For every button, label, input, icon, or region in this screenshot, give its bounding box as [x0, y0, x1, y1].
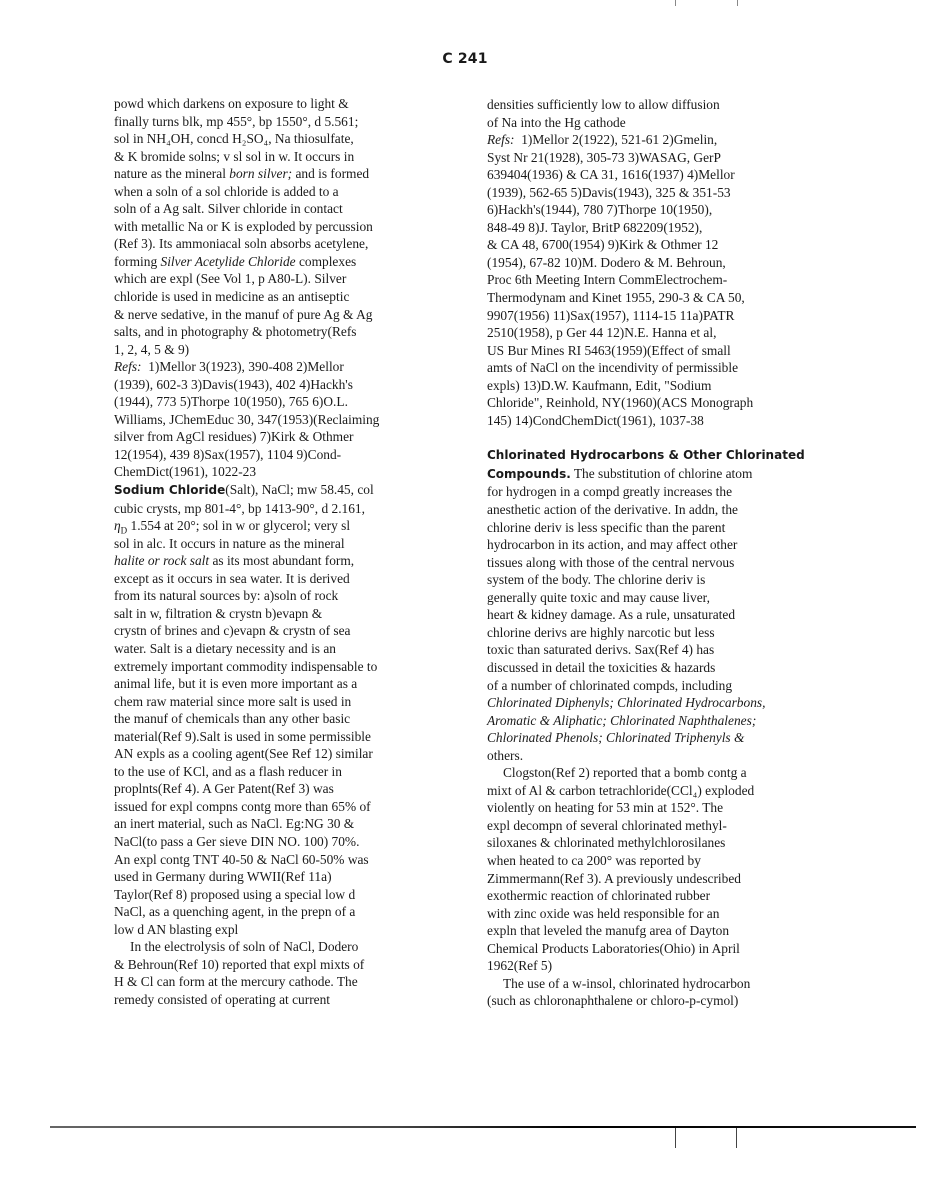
text-line: Chemical Products Laboratories(Ohio) in …: [487, 940, 862, 958]
text-line: discussed in detail the toxicities & haz…: [487, 659, 862, 677]
scan-mark: [675, 1128, 676, 1148]
right-column: densities sufficiently low to allow diff…: [487, 96, 862, 1010]
text-line: sol in alc. It occurs in nature as the m…: [114, 535, 489, 553]
text-line: (such as chloronaphthalene or chloro-p-c…: [487, 992, 862, 1010]
refs-line: Proc 6th Meeting Intern CommElectrochem-: [487, 271, 862, 289]
text-fragment: 1.554 at 20°; sol in w or glycerol; very…: [131, 518, 351, 533]
text-line: material(Ref 9).Salt is used in some per…: [114, 728, 489, 746]
refs-line: & CA 48, 6700(1954) 9)Kirk & Othmer 12: [487, 236, 862, 254]
text-line: NaCl(to pass a Ger sieve DIN NO. 100) 70…: [114, 833, 489, 851]
refs-line: (1944), 773 5)Thorpe 10(1950), 765 6)O.L…: [114, 393, 489, 411]
italic-line: Chlorinated Diphenyls; Chlorinated Hydro…: [487, 694, 862, 712]
text-line: chlorine derivs are highly narcotic but …: [487, 624, 862, 642]
text-line: chem raw material since more salt is use…: [114, 693, 489, 711]
entry-heading-sodium-chloride: Sodium Chloride: [114, 483, 225, 497]
text-line: In the electrolysis of soln of NaCl, Dod…: [114, 938, 489, 956]
text-line: heart & kidney damage. As a rule, unsatu…: [487, 606, 862, 624]
scan-mark: [736, 1128, 737, 1148]
text-line: siloxanes & chlorinated methylchlorosila…: [487, 834, 862, 852]
text-line: which are expl (See Vol 1, p A80-L). Sil…: [114, 270, 489, 288]
text-fragment: forming: [114, 254, 161, 269]
text-line: NaCl, as a quenching agent, in the prepn…: [114, 903, 489, 921]
text-fragment: as its most abundant form,: [212, 553, 354, 568]
text-line: of Na into the Hg cathode: [487, 114, 862, 132]
text-line: anesthetic action of the derivative. In …: [487, 501, 862, 519]
text-line: 1, 2, 4, 5 & 9): [114, 341, 489, 359]
text-line: violently on heating for 53 min at 152°.…: [487, 799, 862, 817]
entry-heading-chlorinated: Chlorinated Hydrocarbons & Other Chlorin…: [487, 448, 805, 462]
text-line: water. Salt is a dietary necessity and i…: [114, 640, 489, 658]
refs-line: (1954), 67-82 10)M. Dodero & M. Behroun,: [487, 254, 862, 272]
text-line: (Ref 3). Its ammoniacal soln absorbs ace…: [114, 235, 489, 253]
italic-term: born silver;: [229, 166, 292, 181]
text-line: tissues along with those of the central …: [487, 554, 862, 572]
refs-line: (1939), 562-65 5)Davis(1943), 325 & 351-…: [487, 184, 862, 202]
text-fragment: complexes: [296, 254, 357, 269]
scan-mark: [675, 0, 676, 6]
refs-label: Refs:: [114, 359, 142, 374]
text-line: densities sufficiently low to allow diff…: [487, 96, 862, 114]
entry-heading-line: Sodium Chloride(Salt), NaCl; mw 58.45, c…: [114, 481, 489, 500]
text-line: generally quite toxic and may cause live…: [487, 589, 862, 607]
text-line: Taylor(Ref 8) proposed using a special l…: [114, 886, 489, 904]
text-line: of a number of chlorinated compds, inclu…: [487, 677, 862, 695]
entry-heading-suffix: (Salt), NaCl; mw 58.45, col: [225, 482, 373, 497]
refs-line: amts of NaCl on the incendivity of permi…: [487, 359, 862, 377]
refs-line: 848-49 8)J. Taylor, BritP 682209(1952),: [487, 219, 862, 237]
text-line: expln that leveled the manufg area of Da…: [487, 922, 862, 940]
refs-line: silver from AgCl residues) 7)Kirk & Othm…: [114, 428, 489, 446]
text-line: the manuf of chemicals than any other ba…: [114, 710, 489, 728]
refs-line: 6)Hackh's(1944), 780 7)Thorpe 10(1950),: [487, 201, 862, 219]
refs-line: Refs: 1)Mellor 3(1923), 390-408 2)Mellor: [114, 358, 489, 376]
page-bottom-rule: [50, 1126, 916, 1128]
text-line: H & Cl can form at the mercury cathode. …: [114, 973, 489, 991]
ref-text: 1)Mellor 3(1923), 390-408 2)Mellor: [148, 359, 344, 374]
refs-line: Williams, JChemEduc 30, 347(1953)(Reclai…: [114, 411, 489, 429]
text-line: An expl contg TNT 40-50 & NaCl 60-50% wa…: [114, 851, 489, 869]
text-line: sol in NH₄OH, concd H₂SO₄, Na thiosulfat…: [114, 130, 489, 148]
text-line: & nerve sedative, in the manuf of pure A…: [114, 306, 489, 324]
text-line: cubic crysts, mp 801-4°, bp 1413-90°, d …: [114, 500, 489, 518]
text-line: toxic than saturated derivs. Sax(Ref 4) …: [487, 641, 862, 659]
text-line: 1962(Ref 5): [487, 957, 862, 975]
entry-heading-compounds: Compounds.: [487, 467, 571, 481]
text-fragment: The substitution of chlorine atom: [571, 466, 753, 481]
refs-line: US Bur Mines RI 5463(1959)(Effect of sma…: [487, 342, 862, 360]
text-line: salt in w, filtration & crystn b)evapn &: [114, 605, 489, 623]
text-line: chloride is used in medicine as an antis…: [114, 288, 489, 306]
text-fragment: and is formed: [292, 166, 369, 181]
refs-line: Refs: 1)Mellor 2(1922), 521-61 2)Gmelin,: [487, 131, 862, 149]
text-line: powd which darkens on exposure to light …: [114, 95, 489, 113]
text-line: Clogston(Ref 2) reported that a bomb con…: [487, 764, 862, 782]
text-line: when a soln of a sol chloride is added t…: [114, 183, 489, 201]
text-line: from its natural sources by: a)soln of r…: [114, 587, 489, 605]
italic-term: Silver Acetylide Chloride: [161, 254, 296, 269]
italic-line: Aromatic & Aliphatic; Chlorinated Naphth…: [487, 712, 862, 730]
text-line: an inert material, such as NaCl. Eg:NG 3…: [114, 815, 489, 833]
refs-label: Refs:: [487, 132, 515, 147]
mineral-names: halite or rock salt: [114, 553, 209, 568]
text-line: halite or rock salt as its most abundant…: [114, 552, 489, 570]
text-line: hydrocarbon in its action, and may affec…: [487, 536, 862, 554]
refs-line: 9907(1956) 11)Sax(1957), 1114-15 11a)PAT…: [487, 307, 862, 325]
text-line: for hydrogen in a compd greatly increase…: [487, 483, 862, 501]
text-line: issued for expl compns contg more than 6…: [114, 798, 489, 816]
text-line: when heated to ca 200° was reported by: [487, 852, 862, 870]
text-line: expl decompn of several chlorinated meth…: [487, 817, 862, 835]
text-line: system of the body. The chlorine deriv i…: [487, 571, 862, 589]
refs-line: (1939), 602-3 3)Davis(1943), 402 4)Hackh…: [114, 376, 489, 394]
left-column: powd which darkens on exposure to light …: [114, 95, 489, 1008]
text-line: used in Germany during WWII(Ref 11a): [114, 868, 489, 886]
text-line: finally turns blk, mp 455°, bp 1550°, d …: [114, 113, 489, 131]
text-line: to the use of KCl, and as a flash reduce…: [114, 763, 489, 781]
text-line: & Behroun(Ref 10) reported that expl mix…: [114, 956, 489, 974]
text-line: soln of a Ag salt. Silver chloride in co…: [114, 200, 489, 218]
text-line: others.: [487, 747, 862, 765]
text-line: forming Silver Acetylide Chloride comple…: [114, 253, 489, 271]
entry-heading-line: Chlorinated Hydrocarbons & Other Chlorin…: [487, 446, 862, 465]
text-line: mixt of Al & carbon tetrachloride(CCl₄) …: [487, 782, 862, 800]
ref-text: 1)Mellor 2(1922), 521-61 2)Gmelin,: [521, 132, 717, 147]
page-number: C 241: [442, 51, 487, 67]
text-line: with metallic Na or K is exploded by per…: [114, 218, 489, 236]
refs-line: Thermodynam and Kinet 1955, 290-3 & CA 5…: [487, 289, 862, 307]
refs-line: ChemDict(1961), 1022-23: [114, 463, 489, 481]
text-line: & K bromide solns; v sl sol in w. It occ…: [114, 148, 489, 166]
text-line: nature as the mineral born silver; and i…: [114, 165, 489, 183]
text-line: except as it occurs in sea water. It is …: [114, 570, 489, 588]
refs-line: expls) 13)D.W. Kaufmann, Edit, "Sodium: [487, 377, 862, 395]
text-line: salts, and in photography & photometry(R…: [114, 323, 489, 341]
section-gap: [487, 429, 862, 446]
entry-heading-line: Compounds. The substitution of chlorine …: [487, 465, 862, 484]
text-line: proplnts(Ref 4). A Ger Patent(Ref 3) was: [114, 780, 489, 798]
refs-line: 12(1954), 439 8)Sax(1957), 1104 9)Cond-: [114, 446, 489, 464]
refs-line: Chloride", Reinhold, NY(1960)(ACS Monogr…: [487, 394, 862, 412]
refs-line: 145) 14)CondChemDict(1961), 1037-38: [487, 412, 862, 430]
text-line: animal life, but it is even more importa…: [114, 675, 489, 693]
refs-line: 639404(1936) & CA 31, 1616(1937) 4)Mello…: [487, 166, 862, 184]
italic-line: Chlorinated Phenols; Chlorinated Triphen…: [487, 729, 862, 747]
text-line: remedy consisted of operating at current: [114, 991, 489, 1009]
text-line: ηD 1.554 at 20°; sol in w or glycerol; v…: [114, 517, 489, 535]
text-fragment: nature as the mineral: [114, 166, 229, 181]
scan-mark: [737, 0, 738, 6]
text-line: Zimmermann(Ref 3). A previously undescri…: [487, 870, 862, 888]
refs-line: 2510(1958), p Ger 44 12)N.E. Hanna et al…: [487, 324, 862, 342]
text-line: extremely important commodity indispensa…: [114, 658, 489, 676]
text-line: crystn of brines and c)evapn & crystn of…: [114, 622, 489, 640]
text-line: exothermic reaction of chlorinated rubbe…: [487, 887, 862, 905]
text-line: chlorine deriv is less specific than the…: [487, 519, 862, 537]
text-line: The use of a w-insol, chlorinated hydroc…: [487, 975, 862, 993]
text-line: with zinc oxide was held responsible for…: [487, 905, 862, 923]
text-line: low d AN blasting expl: [114, 921, 489, 939]
eta-symbol: η: [114, 518, 121, 533]
page-header: C 241: [0, 51, 926, 67]
refs-line: Syst Nr 21(1928), 305-73 3)WASAG, GerP: [487, 149, 862, 167]
text-line: AN expls as a cooling agent(See Ref 12) …: [114, 745, 489, 763]
